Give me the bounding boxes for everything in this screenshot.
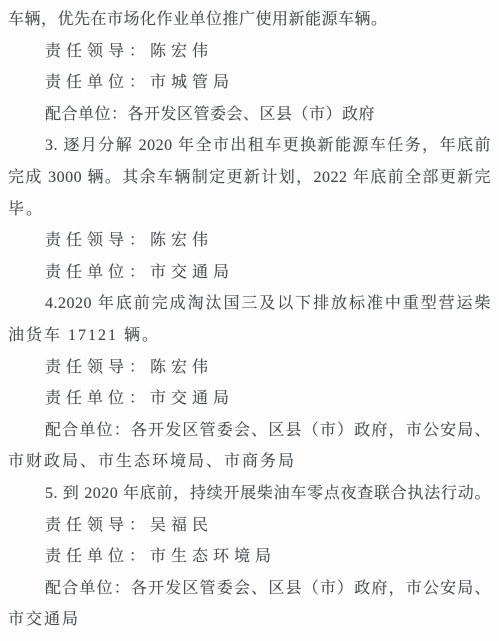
task5-coop-line-1: 配合单位：各开发区管委会、区县（市）政府，市公安局、	[8, 573, 491, 605]
task3-text-line-3: 毕。	[8, 194, 491, 226]
task4-text-line-2: 油货车 17121 辆。	[8, 320, 491, 352]
task4-unit-line: 责任单位：市交通局	[8, 383, 491, 415]
task4-coop-line-1: 配合单位：各开发区管委会、区县（市）政府，市公安局、	[8, 415, 491, 447]
task5-unit-line: 责任单位：市生态环境局	[8, 541, 491, 573]
task5-coop-line-2: 市交通局	[8, 604, 491, 636]
task2-continuation-line: 车辆，优先在市场化作业单位推广使用新能源车辆。	[8, 4, 491, 36]
task2-leader-line: 责任领导：陈宏伟	[8, 36, 491, 68]
task2-coop-line: 配合单位：各开发区管委会、区县（市）政府	[8, 99, 491, 131]
task3-unit-line: 责任单位：市交通局	[8, 257, 491, 289]
task2-unit-line: 责任单位：市城管局	[8, 67, 491, 99]
task3-leader-line: 责任领导：陈宏伟	[8, 225, 491, 257]
task4-coop-line-2: 市财政局、市生态环境局、市商务局	[8, 446, 491, 478]
task3-text-line-1: 3. 逐月分解 2020 年全市出租车更换新能源车任务，年底前	[8, 130, 491, 162]
task5-text-line: 5. 到 2020 年底前，持续开展柴油车零点夜查联合执法行动。	[8, 478, 491, 510]
document-page: 车辆，优先在市场化作业单位推广使用新能源车辆。 责任领导：陈宏伟 责任单位：市城…	[0, 0, 499, 641]
task3-text-line-2: 完成 3000 辆。其余车辆制定更新计划，2022 年底前全部更新完	[8, 162, 491, 194]
task5-leader-line: 责任领导：吴福民	[8, 510, 491, 542]
task4-text-line-1: 4.2020 年底前完成淘汰国三及以下排放标准中重型营运柴	[8, 288, 491, 320]
task4-leader-line: 责任领导：陈宏伟	[8, 352, 491, 384]
